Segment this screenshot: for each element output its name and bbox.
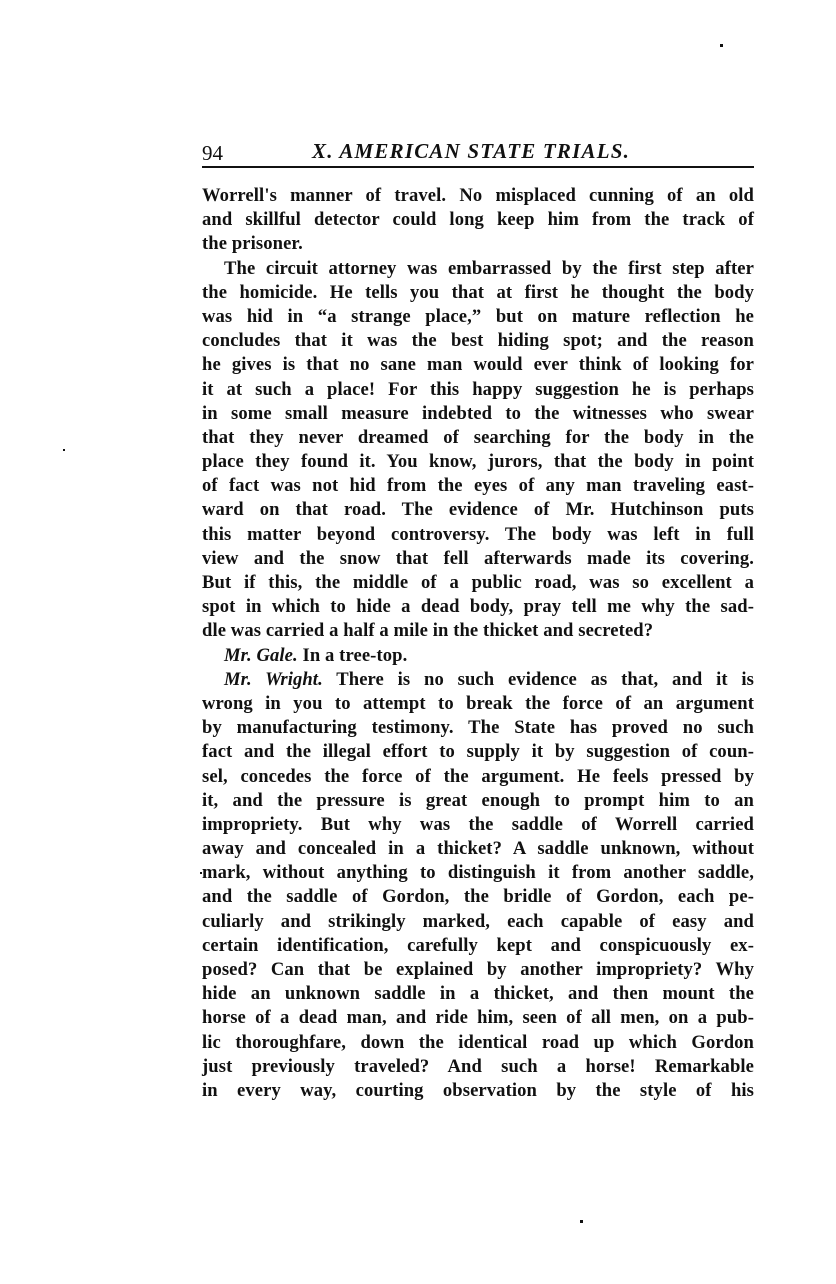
header-rule bbox=[202, 166, 754, 168]
text-line: ward on that road. The evidence of Mr. H… bbox=[202, 498, 754, 522]
text-line: it at such a place! For this happy sugge… bbox=[202, 378, 754, 402]
text-line: wrong in you to attempt to break the for… bbox=[202, 692, 754, 716]
text-line: away and concealed in a thicket? A saddl… bbox=[202, 837, 754, 861]
running-head: 94 X. AMERICAN STATE TRIALS. bbox=[202, 134, 754, 164]
scan-speck bbox=[63, 449, 65, 451]
scan-speck bbox=[720, 44, 723, 47]
text-line: in some small measure indebted to the wi… bbox=[202, 402, 754, 426]
wright-speech: wrong in you to attempt to break the for… bbox=[202, 692, 754, 1103]
speech-text: In a tree-top. bbox=[298, 645, 408, 666]
body-text: Worrell's manner of travel. No misplaced… bbox=[202, 184, 754, 1103]
text-line: the homicide. He tells you that at first… bbox=[202, 281, 754, 305]
text-line: the prisoner. bbox=[202, 232, 754, 256]
speech-text: There is no such evidence as that, and i… bbox=[323, 669, 754, 690]
text-line: lic thoroughfare, down the identical roa… bbox=[202, 1031, 754, 1055]
text-line: that they never dreamed of searching for… bbox=[202, 426, 754, 450]
text-line: certain identification, carefully kept a… bbox=[202, 934, 754, 958]
text-line: this matter beyond controversy. The body… bbox=[202, 523, 754, 547]
text-line: posed? Can that be explained by another … bbox=[202, 958, 754, 982]
text-line: of fact was not hid from the eyes of any… bbox=[202, 474, 754, 498]
text-line: place they found it. You know, jurors, t… bbox=[202, 450, 754, 474]
text-line: horse of a dead man, and ride him, seen … bbox=[202, 1006, 754, 1030]
text-line: was hid in “a strange place,” but on mat… bbox=[202, 305, 754, 329]
text-line: it, and the pressure is great enough to … bbox=[202, 789, 754, 813]
text-line: culiarly and strikingly marked, each cap… bbox=[202, 910, 754, 934]
scan-speck bbox=[580, 1220, 583, 1223]
text-line: The circuit attorney was embarrassed by … bbox=[202, 257, 754, 281]
text-line: spot in which to hide a dead body, pray … bbox=[202, 595, 754, 619]
book-page: 94 X. AMERICAN STATE TRIALS. Worrell's m… bbox=[202, 134, 754, 164]
text-line: he gives is that no sane man would ever … bbox=[202, 353, 754, 377]
text-line: But if this, the middle of a public road… bbox=[202, 571, 754, 595]
speaker-line-wright: Mr. Wright. There is no such evidence as… bbox=[202, 668, 754, 692]
text-line: impropriety. But why was the saddle of W… bbox=[202, 813, 754, 837]
text-line: concludes that it was the best hiding sp… bbox=[202, 329, 754, 353]
text-line: sel, concedes the force of the argument.… bbox=[202, 765, 754, 789]
text-line: by manufacturing testimony. The State ha… bbox=[202, 716, 754, 740]
speaker-line-gale: Mr. Gale. In a tree-top. bbox=[202, 644, 754, 668]
text-line: fact and the illegal effort to supply it… bbox=[202, 740, 754, 764]
speaker-name: Mr. Gale. bbox=[224, 645, 298, 666]
text-line: view and the snow that fell afterwards m… bbox=[202, 547, 754, 571]
text-line: and the saddle of Gordon, the bridle of … bbox=[202, 885, 754, 909]
text-line: in every way, courting observation by th… bbox=[202, 1079, 754, 1103]
text-line: and skillful detector could long keep hi… bbox=[202, 208, 754, 232]
page-number: 94 bbox=[202, 138, 223, 168]
text-line: hide an unknown saddle in a thicket, and… bbox=[202, 982, 754, 1006]
speaker-name: Mr. Wright. bbox=[224, 669, 323, 690]
narrative-paragraphs: Worrell's manner of travel. No misplaced… bbox=[202, 184, 754, 644]
scan-speck bbox=[200, 872, 202, 874]
text-line: Worrell's manner of travel. No misplaced… bbox=[202, 184, 754, 208]
text-line: mark, without anything to distinguish it… bbox=[202, 861, 754, 885]
text-line: just previously traveled? And such a hor… bbox=[202, 1055, 754, 1079]
text-line: dle was carried a half a mile in the thi… bbox=[202, 619, 754, 643]
running-title: X. AMERICAN STATE TRIALS. bbox=[312, 136, 630, 166]
